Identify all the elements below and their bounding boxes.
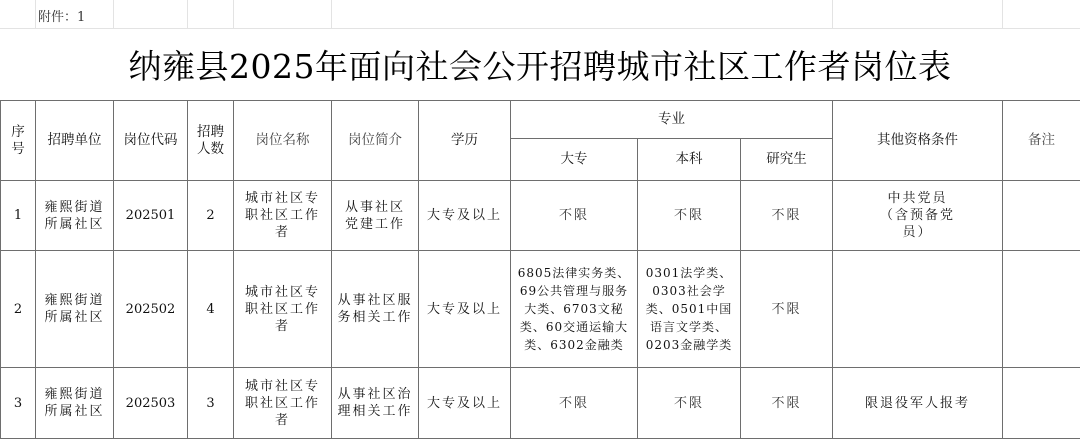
- cell-post-desc: 从事社区服务相关工作: [332, 251, 419, 368]
- cell-major-bachelor: 不限: [638, 181, 741, 251]
- table-row: 3 雍熙街道所属社区 202503 3 城市社区专职社区工作者 从事社区治理相关…: [1, 368, 1080, 439]
- header-other: 其他资格条件: [833, 101, 1003, 181]
- grid-line: [113, 0, 114, 28]
- cell-count: 3: [188, 368, 234, 439]
- cell-major-bachelor: 0301法学类、0303社会学类、0501中国语言文学类、0203金融学类: [638, 251, 741, 368]
- header-post-name: 岗位名称: [234, 101, 332, 181]
- page-title: 纳雍县2025年面向社会公开招聘城市社区工作者岗位表: [0, 28, 1080, 100]
- cell-unit: 雍熙街道所属社区: [36, 181, 114, 251]
- header-count: 招聘人数: [188, 101, 234, 181]
- cell-other: 中共党员（含预备党员）: [833, 181, 1003, 251]
- cell-major-graduate: 不限: [741, 251, 833, 368]
- cell-seq: 1: [1, 181, 36, 251]
- cell-code: 202502: [114, 251, 188, 368]
- cell-unit: 雍熙街道所属社区: [36, 251, 114, 368]
- grid-line: [187, 0, 188, 28]
- spreadsheet-top-row: 附件：1: [0, 0, 1080, 29]
- cell-education: 大专及以上: [419, 368, 511, 439]
- cell-major-junior: 不限: [511, 181, 638, 251]
- cell-major-junior: 6805法律实务类、69公共管理与服务大类、6703文秘类、60交通运输大类、6…: [511, 251, 638, 368]
- grid-line: [832, 0, 833, 28]
- cell-seq: 3: [1, 368, 36, 439]
- cell-remark: [1003, 368, 1080, 439]
- cell-major-bachelor: 不限: [638, 368, 741, 439]
- cell-other: [833, 251, 1003, 368]
- cell-post-desc: 从事社区治理相关工作: [332, 368, 419, 439]
- grid-line: [331, 0, 332, 28]
- header-major-junior: 大专: [511, 139, 638, 181]
- cell-post-name: 城市社区专职社区工作者: [234, 181, 332, 251]
- header-row: 序号 招聘单位 岗位代码 招聘人数 岗位名称 岗位简介 学历 专业 其他资格条件…: [1, 101, 1080, 139]
- header-major-bachelor: 本科: [638, 139, 741, 181]
- cell-remark: [1003, 181, 1080, 251]
- cell-seq: 2: [1, 251, 36, 368]
- attachment-label: 附件：1: [38, 6, 85, 25]
- cell-other: 限退役军人报考: [833, 368, 1003, 439]
- cell-code: 202503: [114, 368, 188, 439]
- grid-line: [1002, 0, 1003, 28]
- cell-code: 202501: [114, 181, 188, 251]
- grid-line: [35, 0, 36, 28]
- cell-major-junior: 不限: [511, 368, 638, 439]
- header-remark: 备注: [1003, 101, 1080, 181]
- table-row: 1 雍熙街道所属社区 202501 2 城市社区专职社区工作者 从事社区党建工作…: [1, 181, 1080, 251]
- cell-education: 大专及以上: [419, 251, 511, 368]
- header-code: 岗位代码: [114, 101, 188, 181]
- cell-major-graduate: 不限: [741, 368, 833, 439]
- table-row: 2 雍熙街道所属社区 202502 4 城市社区专职社区工作者 从事社区服务相关…: [1, 251, 1080, 368]
- cell-post-name: 城市社区专职社区工作者: [234, 251, 332, 368]
- cell-unit: 雍熙街道所属社区: [36, 368, 114, 439]
- header-education: 学历: [419, 101, 511, 181]
- cell-post-name: 城市社区专职社区工作者: [234, 368, 332, 439]
- cell-major-graduate: 不限: [741, 181, 833, 251]
- grid-line: [233, 0, 234, 28]
- cell-count: 4: [188, 251, 234, 368]
- header-post-desc: 岗位简介: [332, 101, 419, 181]
- header-major: 专业: [511, 101, 833, 139]
- cell-education: 大专及以上: [419, 181, 511, 251]
- cell-post-desc: 从事社区党建工作: [332, 181, 419, 251]
- header-major-graduate: 研究生: [741, 139, 833, 181]
- cell-count: 2: [188, 181, 234, 251]
- positions-table: 序号 招聘单位 岗位代码 招聘人数 岗位名称 岗位简介 学历 专业 其他资格条件…: [0, 100, 1080, 439]
- cell-remark: [1003, 251, 1080, 368]
- header-unit: 招聘单位: [36, 101, 114, 181]
- header-seq: 序号: [1, 101, 36, 181]
